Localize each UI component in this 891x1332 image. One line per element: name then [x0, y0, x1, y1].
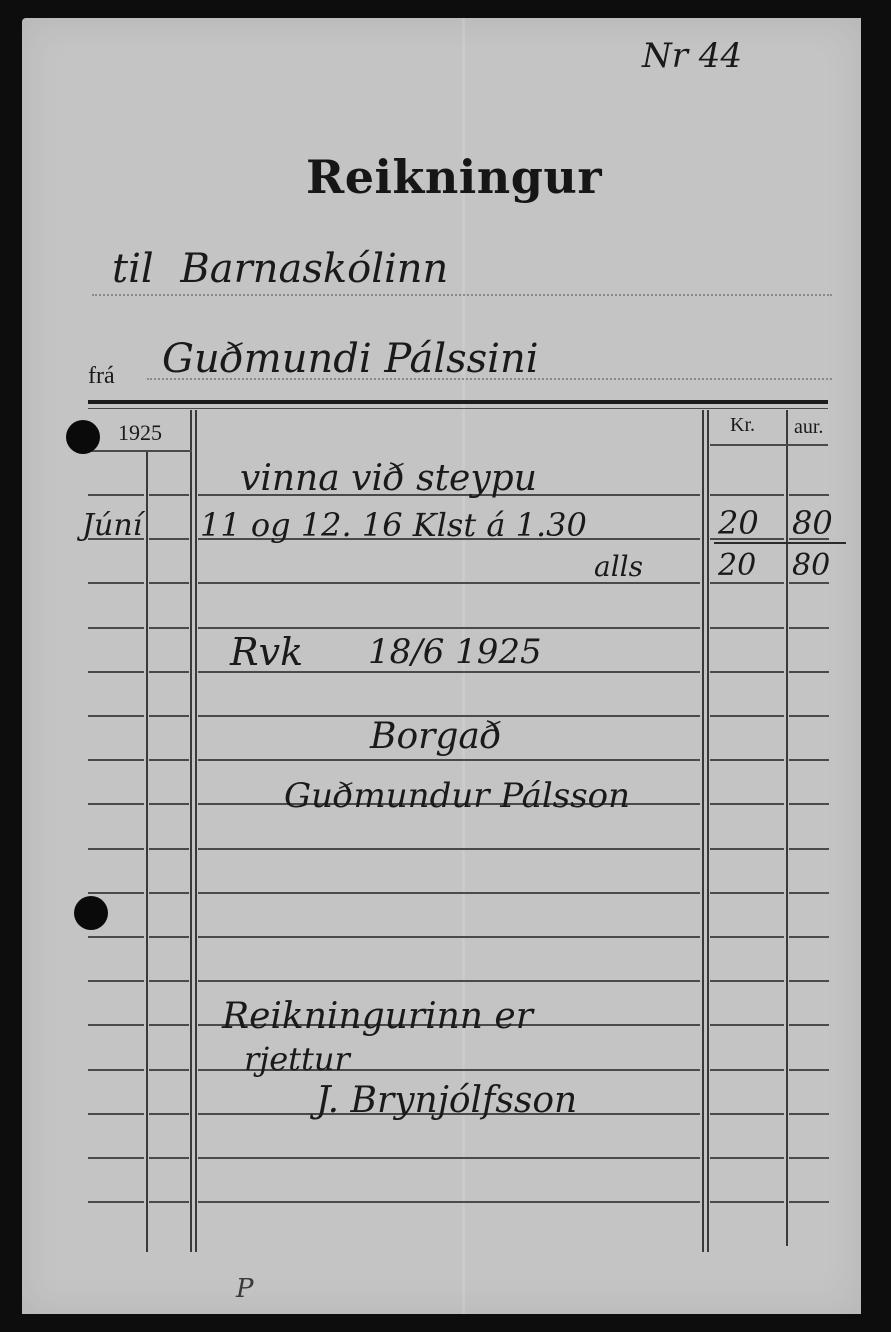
invoice-number: Nr 44	[642, 36, 742, 76]
ledger-row-rule	[198, 892, 700, 894]
ledger-row-rule	[710, 759, 784, 761]
aur-col-divider	[786, 410, 788, 1246]
ledger-row-rule	[88, 1024, 144, 1026]
punch-hole-top	[66, 420, 100, 454]
ledger-row-rule	[789, 1069, 829, 1071]
item-description: vinna við steypu	[240, 458, 537, 499]
recipient-field: til Barnaskólinn	[112, 246, 448, 292]
aurar-header: aur.	[794, 416, 823, 439]
ledger-row-rule	[149, 715, 189, 717]
ledger-row-rule	[198, 1157, 700, 1159]
kronur-header: Kr.	[730, 414, 755, 437]
approval-line-1: Reikningurinn er	[222, 996, 533, 1037]
table-top-rule-thin	[88, 408, 828, 409]
ledger-row-rule	[789, 1113, 829, 1115]
ledger-row-rule	[789, 627, 829, 629]
ledger-row-rule	[789, 1024, 829, 1026]
ledger-row-rule	[88, 1157, 144, 1159]
ledger-row-rule	[710, 936, 784, 938]
ledger-row-rule	[88, 936, 144, 938]
punch-hole-bottom	[74, 896, 108, 930]
ledger-row-rule	[88, 582, 144, 584]
ledger-row-rule	[88, 1113, 144, 1115]
ledger-row-rule	[149, 582, 189, 584]
ledger-row-rule	[149, 848, 189, 850]
ledger-row-rule	[88, 803, 144, 805]
ledger-row-rule	[198, 980, 700, 982]
ledger-row-rule	[710, 980, 784, 982]
ledger-row-rule	[710, 892, 784, 894]
ledger-row-rule	[710, 671, 784, 673]
ledger-row-rule	[88, 759, 144, 761]
ledger-row-rule	[789, 671, 829, 673]
ledger-row-rule	[88, 1069, 144, 1071]
invoice-paper: Nr 44 Reikningur til Barnaskólinn frá Gu…	[22, 18, 861, 1314]
recipient-value: Barnaskólinn	[180, 246, 448, 292]
ledger-row-rule	[789, 936, 829, 938]
ledger-row-rule	[710, 494, 784, 496]
kr-col-divider-a	[702, 410, 704, 1252]
page-title: Reikningur	[306, 150, 602, 204]
receipt-place: Rvk	[230, 630, 303, 674]
ledger-row-rule	[149, 1069, 189, 1071]
paid-label: Borgað	[370, 716, 502, 757]
ledger-row-rule	[789, 1157, 829, 1159]
ledger-row-rule	[88, 715, 144, 717]
ledger-row-rule	[198, 848, 700, 850]
receipt-signature: Guðmundur Pálsson	[284, 776, 630, 816]
item-description: 11 og 12. 16 Klst á 1.30	[200, 506, 587, 544]
ledger-row-rule	[789, 892, 829, 894]
kr-col-divider-b	[707, 410, 709, 1252]
ledger-row-rule	[789, 494, 829, 496]
ledger-row-rule	[710, 1201, 784, 1203]
receipt-date: 18/6 1925	[368, 632, 542, 672]
ledger-row-rule	[88, 450, 192, 452]
ledger-row-rule	[149, 1157, 189, 1159]
ledger-row-rule	[149, 671, 189, 673]
ledger-row-rule	[149, 1024, 189, 1026]
ledger-row-rule	[710, 803, 784, 805]
ledger-row-rule	[789, 759, 829, 761]
total-kr: 20	[718, 548, 756, 583]
ledger-row-rule	[710, 1069, 784, 1071]
ledger-row-rule	[198, 759, 700, 761]
ledger-row-rule	[789, 715, 829, 717]
ledger-row-rule	[789, 980, 829, 982]
total-label: alls	[594, 550, 643, 583]
year-header: 1925	[118, 420, 162, 446]
total-rule	[714, 542, 846, 544]
ledger-row-rule	[149, 1113, 189, 1115]
ledger-row-rule	[710, 1024, 784, 1026]
ledger-row-rule	[710, 1113, 784, 1115]
date-col-divider-a	[190, 410, 192, 1252]
ledger-row-rule	[149, 936, 189, 938]
approval-line-2: rjettur	[244, 1040, 350, 1078]
ledger-row-rule	[149, 1201, 189, 1203]
table-top-rule	[88, 400, 828, 404]
item-month: Júní	[82, 508, 142, 543]
recipient-dotted-line	[92, 294, 832, 296]
ledger-row-rule	[789, 803, 829, 805]
ledger-row-rule	[710, 1157, 784, 1159]
ledger-row-rule	[710, 444, 828, 446]
ledger-row-rule	[149, 980, 189, 982]
sender-value: Guðmundi Pálssini	[162, 336, 539, 382]
ledger-row-rule	[149, 892, 189, 894]
ledger-row-rule	[149, 538, 189, 540]
recipient-prefix: til	[112, 246, 154, 292]
ledger-row-rule	[789, 848, 829, 850]
total-aur: 80	[792, 548, 830, 583]
ledger-row-rule	[88, 671, 144, 673]
ledger-row-rule	[149, 494, 189, 496]
ledger-row-rule	[88, 1201, 144, 1203]
ledger-row-rule	[88, 627, 144, 629]
ledger-row-rule	[88, 494, 144, 496]
approval-signature: J. Brynjólfsson	[316, 1080, 577, 1121]
ledger-row-rule	[789, 1201, 829, 1203]
from-label: frá	[88, 363, 115, 390]
item-aur: 80	[792, 504, 833, 542]
ledger-row-rule	[88, 892, 144, 894]
ledger-row-rule	[198, 936, 700, 938]
ledger-row-rule	[710, 848, 784, 850]
ledger-row-rule	[198, 627, 700, 629]
ledger-row-rule	[198, 1201, 700, 1203]
ledger-row-rule	[149, 759, 189, 761]
item-kr: 20	[718, 504, 759, 542]
footer-mark: P	[236, 1274, 254, 1304]
ledger-row-rule	[710, 715, 784, 717]
ledger-row-rule	[88, 980, 144, 982]
sender-dotted-line	[147, 378, 832, 380]
ledger-row-rule	[710, 627, 784, 629]
month-col-divider	[146, 450, 148, 1252]
ledger-row-rule	[149, 803, 189, 805]
ledger-row-rule	[149, 627, 189, 629]
date-col-divider-b	[195, 410, 197, 1252]
ledger-row-rule	[88, 848, 144, 850]
